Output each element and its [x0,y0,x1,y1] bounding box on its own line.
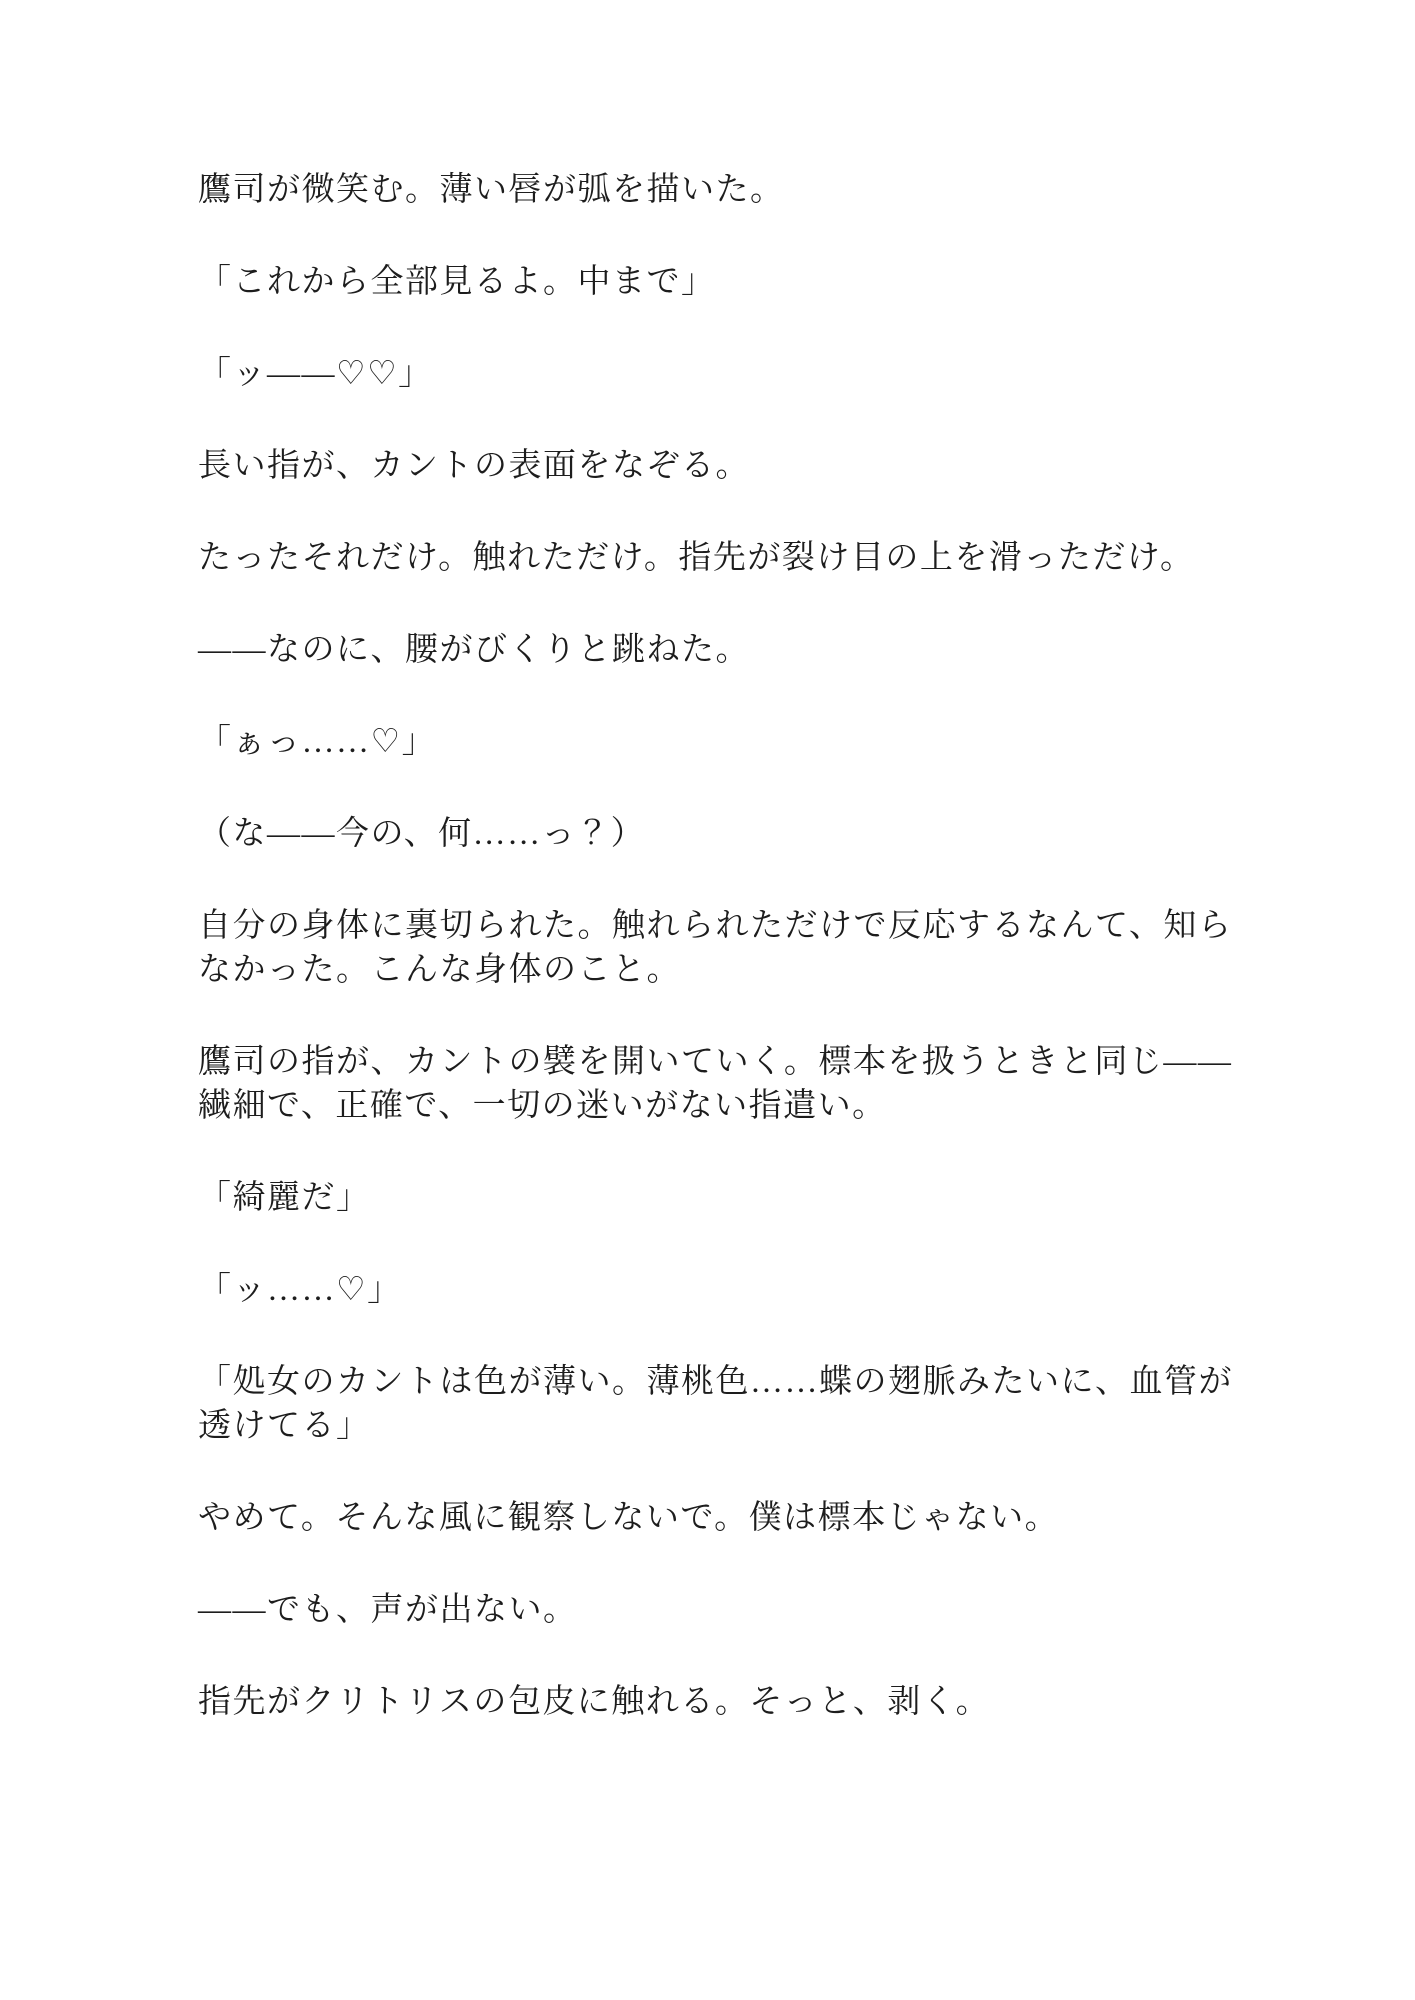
text-line: なかった。こんな身体のこと。 [198,948,1355,992]
text-line: ——なのに、腰がびくりと跳ねた。 [198,628,1355,672]
text-line: 指先がクリトリスの包皮に触れる。そっと、剥く。 [198,1680,1355,1724]
text-line: 「処女のカントは色が薄い。薄桃色……蝶の翅脈みたいに、血管が [198,1360,1355,1404]
text-line: 繊細で、正確で、一切の迷いがない指遣い。 [198,1084,1355,1128]
document-page: 鷹司が微笑む。薄い唇が弧を描いた。 「これから全部見るよ。中まで」 「ッ——♡♡… [0,0,1415,2000]
text-line: 自分の身体に裏切られた。触れられただけで反応するなんて、知ら [198,904,1355,948]
text-line: （な——今の、何……っ？） [198,812,1355,856]
text-line: 長い指が、カントの表面をなぞる。 [198,444,1355,488]
text-line: 「これから全部見るよ。中まで」 [198,260,1355,304]
text-line: 「綺麗だ」 [198,1176,1355,1220]
text-line: 「ッ——♡♡」 [198,352,1355,396]
text-line: やめて。そんな風に観察しないで。僕は標本じゃない。 [198,1496,1355,1540]
text-line: 「ッ……♡」 [198,1268,1355,1312]
text-line: 「ぁっ……♡」 [198,720,1355,764]
text-line: 鷹司の指が、カントの襞を開いていく。標本を扱うときと同じ—— [198,1040,1355,1084]
text-line: 透けてる」 [198,1404,1355,1448]
text-line: たったそれだけ。触れただけ。指先が裂け目の上を滑っただけ。 [198,536,1355,580]
text-line: ——でも、声が出ない。 [198,1588,1355,1632]
text-line: 鷹司が微笑む。薄い唇が弧を描いた。 [198,168,1355,212]
